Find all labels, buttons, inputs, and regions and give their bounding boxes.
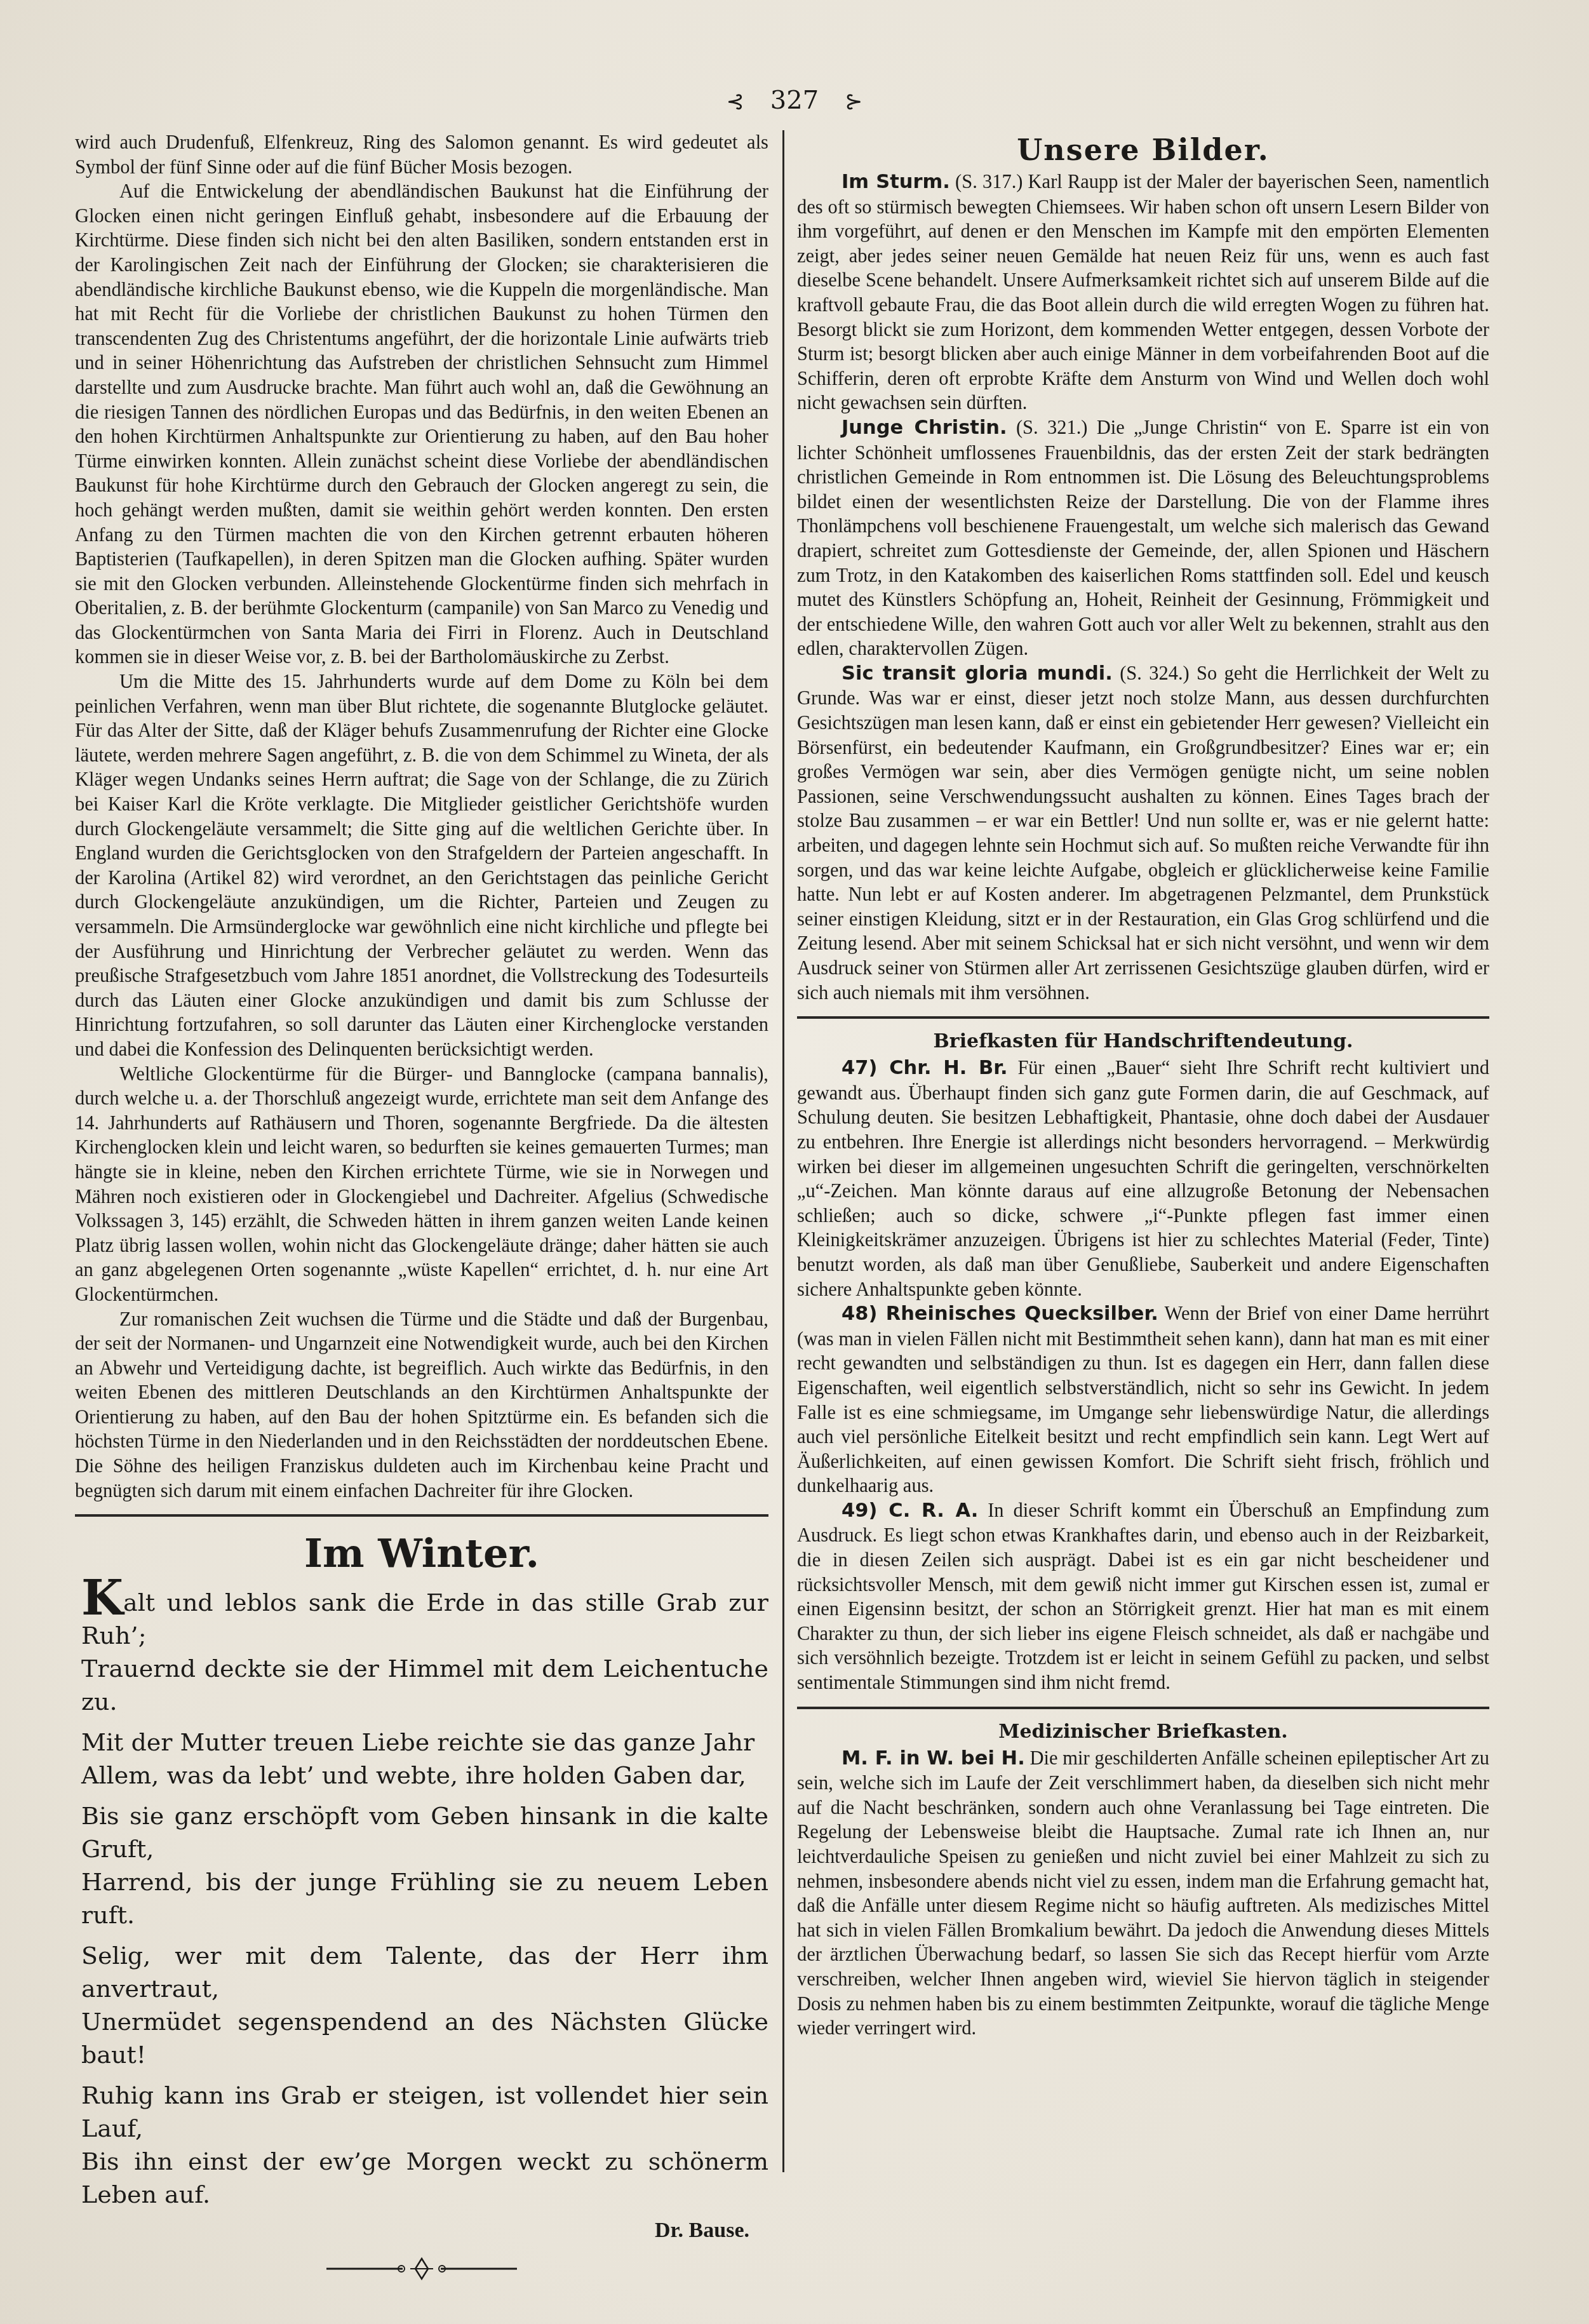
entry-lead: Sic transit gloria mundi. <box>841 662 1113 685</box>
letter-entry: 48) Rheinisches Quecksilber. Wenn der Br… <box>797 1301 1489 1498</box>
poem-line: Selig, wer mit dem Talente, das der Herr… <box>81 1939 768 2005</box>
entry-lead: M. F. in W. bei H. <box>841 1747 1025 1770</box>
poem-title: Im Winter. <box>75 1528 768 1579</box>
poem-block: Im Winter. Kalt und leblos sank die Erde… <box>75 1528 768 2287</box>
article-paragraph: wird auch Drudenfuß, Elfenkreuz, Ring de… <box>75 130 768 179</box>
poem-line: Mit der Mutter treuen Liebe reichte sie … <box>81 1726 768 1759</box>
poem-author: Dr. Bause. <box>75 2219 768 2243</box>
article-paragraph: Auf die Entwickelung der abendländischen… <box>75 179 768 669</box>
page-header: ⊰ 327 ⊱ <box>0 86 1589 115</box>
newspaper-page: ⊰ 327 ⊱ wird auch Drudenfuß, Elfenkreuz,… <box>0 0 1589 2324</box>
poem-line: Ruhig kann ins Grab er steigen, ist voll… <box>81 2079 768 2145</box>
page-number: 327 <box>770 86 819 115</box>
article-paragraph: Zur romanischen Zeit wuchsen die Türme u… <box>75 1307 768 1503</box>
entry-lead: Junge Christin. <box>841 417 1007 439</box>
letter-entry: 47) Chr. H. Br. Für einen „Bauer“ sieht … <box>797 1056 1489 1301</box>
section-title-unsere-bilder: Unsere Bilder. <box>797 130 1489 170</box>
article-paragraph: Um die Mitte des 15. Jahrhunderts wurde … <box>75 669 768 1062</box>
section-rule <box>75 1514 768 1517</box>
poem-line: Bis ihn einst der ew’ge Morgen weckt zu … <box>81 2145 768 2211</box>
letter-entry: 49) C. R. A. In dieser Schrift kommt ein… <box>797 1498 1489 1695</box>
ornament-right-icon: ⊱ <box>845 89 863 114</box>
poem-line: Unermüdet segenspendend an des Nächsten … <box>81 2005 768 2071</box>
article-paragraph: Weltliche Glockentürme für die Bürger- u… <box>75 1062 768 1307</box>
poem-line: Allem, was da lebt’ und webte, ihre hold… <box>81 1759 768 1792</box>
flourish-ornament-icon <box>75 2256 768 2288</box>
poem-line: Harrend, bis der junge Frühling sie zu n… <box>81 1865 768 1931</box>
entry-lead: 47) Chr. H. Br. <box>841 1057 1008 1079</box>
poem-stanza: Selig, wer mit dem Talente, das der Herr… <box>81 1939 768 2071</box>
right-column: Unsere Bilder. Im Sturm. (S. 317.) Karl … <box>797 130 1489 2041</box>
ornament-left-icon: ⊰ <box>727 89 745 114</box>
entry-lead: 49) C. R. A. <box>841 1500 978 1522</box>
entry-lead: Im Sturm. <box>841 171 950 193</box>
picture-description: Im Sturm. (S. 317.) Karl Raupp ist der M… <box>797 170 1489 415</box>
picture-description: Junge Christin. (S. 321.) Die „Junge Chr… <box>797 415 1489 661</box>
poem-line: Kalt und leblos sank die Erde in das sti… <box>81 1579 768 1652</box>
poem-stanza: Bis sie ganz erschöpft vom Geben hinsank… <box>81 1799 768 1931</box>
poem-line: Bis sie ganz erschöpft vom Geben hinsank… <box>81 1799 768 1865</box>
poem-line: Trauernd deckte sie der Himmel mit dem L… <box>81 1652 768 1718</box>
section-title-medical: Medizinischer Briefkasten. <box>797 1718 1489 1746</box>
section-title-handwriting: Briefkasten für Handschriftendeutung. <box>797 1028 1489 1056</box>
left-column: wird auch Drudenfuß, Elfenkreuz, Ring de… <box>75 130 768 2287</box>
section-rule <box>797 1016 1489 1019</box>
poem-stanza: Kalt und leblos sank die Erde in das sti… <box>81 1579 768 1718</box>
drop-cap: K <box>81 1569 123 1626</box>
column-divider <box>782 130 784 2172</box>
letter-entry: M. F. in W. bei H. Die mir geschilderten… <box>797 1746 1489 2041</box>
poem-stanza: Mit der Mutter treuen Liebe reichte sie … <box>81 1726 768 1792</box>
poem-stanza: Ruhig kann ins Grab er steigen, ist voll… <box>81 2079 768 2211</box>
entry-lead: 48) Rheinisches Quecksilber. <box>841 1303 1158 1325</box>
section-rule <box>797 1707 1489 1709</box>
picture-description: Sic transit gloria mundi. (S. 324.) So g… <box>797 661 1489 1005</box>
poem-body: Kalt und leblos sank die Erde in das sti… <box>75 1579 768 2211</box>
